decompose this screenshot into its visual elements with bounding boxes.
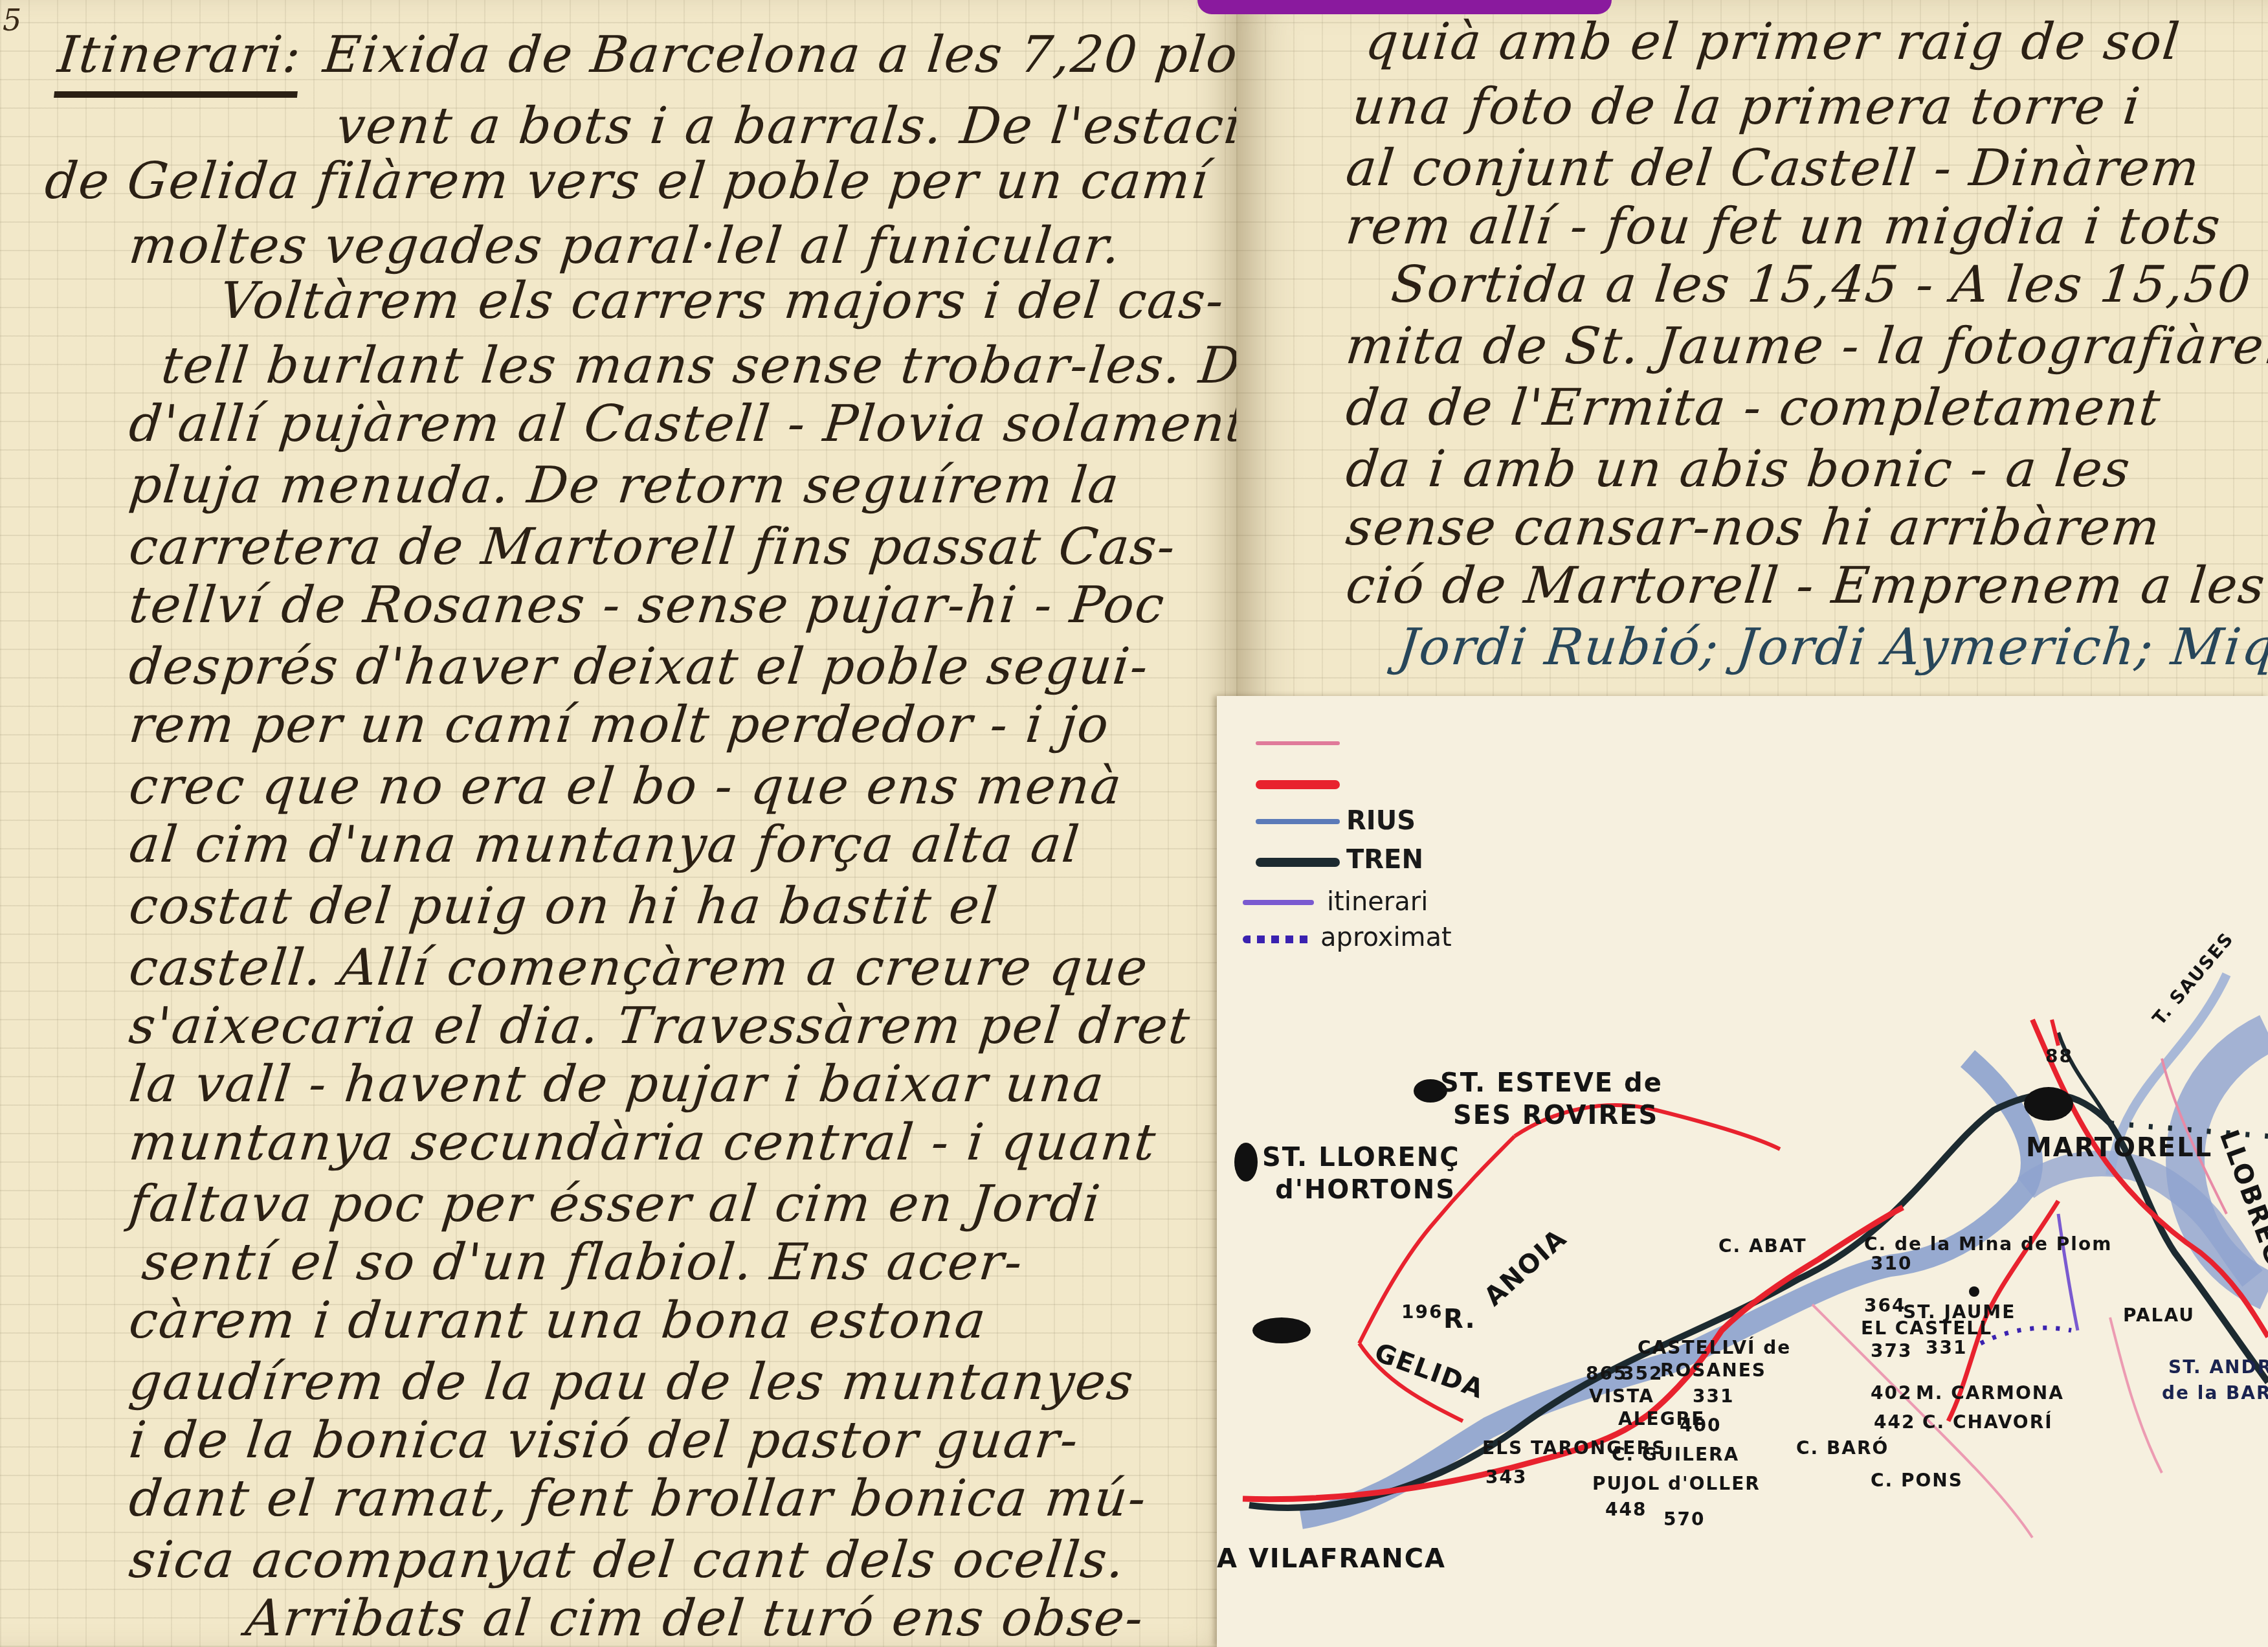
place-label: PALAU: [2123, 1305, 2195, 1326]
text-line: després d'haver deixat el poble segui-: [126, 638, 1151, 696]
text-line: crec que no era el bo - que ens menà: [126, 757, 1125, 816]
text-line: càrem i durant una bona estona: [126, 1292, 989, 1350]
legend-item-rivers: RIUS: [1243, 806, 1515, 845]
text-line: Voltàrem els carrers majors i del cas-: [217, 272, 1227, 330]
place-label: M. CARMONA: [1916, 1382, 2064, 1404]
place-label: ROSANES: [1660, 1360, 1766, 1381]
legend-item-pink-path: [1243, 728, 1515, 767]
text-line: moltes vegades paral·lel al funicular.: [126, 217, 1124, 275]
blue-line-swatch-icon: [1256, 819, 1340, 824]
text-line: rem allí - fou fet un migdia i tots: [1343, 197, 2224, 256]
text-line: da de l'Ermita - completament: [1343, 379, 2164, 437]
place-label: ST. LLORENÇ: [1262, 1143, 1460, 1172]
purple-line-swatch-icon: [1243, 900, 1314, 905]
river-label: R.: [1443, 1305, 1476, 1334]
text-line: al cim d'una muntanya força alta al: [126, 816, 1083, 874]
text-line: vent a bots i a barrals. De l'estació: [333, 97, 1276, 155]
place-label: C. ABAT: [1718, 1235, 1807, 1257]
black-line-swatch-icon: [1256, 858, 1340, 867]
elevation-label: 196: [1401, 1301, 1443, 1323]
legend-label: RIUS: [1346, 806, 1416, 836]
elevation-label: 310: [1871, 1253, 1912, 1274]
left-notebook-page: 5 Itinerari: Eixida de Barcelona a les 7…: [0, 0, 1236, 1647]
text-line: ció de Martorell - Emprenem a les: [1343, 557, 2268, 615]
place-label: C. GUILERA: [1612, 1444, 1739, 1465]
elevation-label: 402: [1871, 1382, 1912, 1404]
place-label: CASTELLVÍ de: [1638, 1337, 1791, 1358]
elevation-label: 400: [1680, 1415, 1721, 1436]
legend-item-approximate: aproximat: [1243, 923, 1515, 961]
text-line: sentí el so d'un flabiol. Ens acer-: [139, 1233, 1026, 1292]
map-legend: RIUS TREN itinerari aproximat: [1243, 722, 1515, 1000]
text-line: carretera de Martorell fins passat Cas-: [126, 518, 1179, 576]
text-line: tell burlant les mans sense trobar-les. …: [159, 337, 1302, 395]
text-line: Arribats al cim del turó ens obse-: [243, 1589, 1147, 1647]
text-line: d'allí pujàrem al Castell - Plovia solam…: [126, 395, 1251, 453]
text-line: costat del puig on hi ha bastit el: [126, 877, 1001, 936]
place-label: EL CASTELL: [1861, 1317, 1992, 1339]
text-line: de Gelida filàrem vers el poble per un c…: [42, 152, 1212, 210]
place-label: VISTA: [1589, 1385, 1654, 1407]
legend-label: TREN: [1346, 845, 1423, 875]
dotted-line-swatch-icon: [1243, 936, 1314, 943]
text-line: Eixida de Barcelona a les 7,20 plo-: [320, 26, 1260, 84]
place-label: de la BARCA: [2162, 1382, 2268, 1404]
place-label: ST. ANDREU: [2168, 1356, 2268, 1378]
text-line: castell. Allí començàrem a creure que: [126, 939, 1151, 997]
text-line: faltava poc per ésser al cim en Jordi: [126, 1175, 1104, 1233]
legend-label: aproximat: [1320, 923, 1452, 952]
legend-item-train: TREN: [1243, 845, 1515, 884]
text-line: gaudírem de la pau de les muntanyes: [126, 1353, 1137, 1411]
elevation-label: 442: [1874, 1411, 1915, 1433]
place-label: d'HORTONS: [1275, 1175, 1456, 1205]
elevation-label: 352: [1621, 1363, 1663, 1384]
text-line: una foto de la primera torre i: [1350, 78, 2144, 136]
text-line: mita de St. Jaume - la fotografiàrem: [1343, 317, 2268, 375]
direction-label: A VILAFRANCA: [1217, 1544, 1446, 1574]
place-label: C. PONS: [1871, 1470, 1963, 1491]
signature-line: Jordi Rubió; Jordi Aymerich; Miquel: [1395, 618, 2268, 677]
text-line: Sortida a les 15,45 - A les 15,50: [1388, 256, 2254, 314]
text-line: tellví de Rosanes - sense pujar-hi - Poc: [126, 576, 1168, 634]
text-line: al conjunt del Castell - Dinàrem: [1343, 139, 2203, 197]
elevation-label: 331: [1693, 1385, 1734, 1407]
red-line-swatch-icon: [1256, 780, 1340, 789]
elevation-label: 88: [2045, 1046, 2073, 1067]
text-line: la vall - havent de pujar i baixar una: [126, 1055, 1107, 1114]
place-label: SES ROVIRES: [1453, 1101, 1658, 1130]
bookmark-ribbon: [1197, 0, 1612, 14]
legend-label: itinerari: [1327, 887, 1428, 917]
text-line: sica acompanyat del cant dels ocells.: [126, 1531, 1128, 1589]
text-line: s'aixecaria el dia. Travessàrem pel dret: [126, 997, 1193, 1055]
page-number: 5: [3, 3, 21, 38]
elevation-label: 343: [1485, 1466, 1527, 1488]
elevation-label: 570: [1663, 1508, 1705, 1530]
place-label: PUJOL d'OLLER: [1592, 1473, 1761, 1494]
text-line: da i amb un abis bonic - a les: [1343, 440, 2133, 499]
text-line: sense cansar-nos hi arribàrem: [1343, 499, 2163, 557]
text-line: muntanya secundària central - i quant: [126, 1114, 1159, 1172]
pink-line-swatch-icon: [1256, 741, 1340, 745]
place-label: C. BARÓ: [1796, 1437, 1889, 1459]
elevation-label: 448: [1605, 1499, 1647, 1520]
elevation-label: 373: [1871, 1340, 1912, 1361]
legend-item-itinerary: itinerari: [1243, 887, 1515, 926]
hand-drawn-route-map: RIUS TREN itinerari aproximat ST. ESTEVE…: [1217, 696, 2268, 1647]
text-line: i de la bonica visió del pastor guar-: [126, 1411, 1082, 1470]
place-label: MARTORELL: [2026, 1133, 2212, 1163]
itinerary-heading: Itinerari:: [55, 26, 304, 84]
text-line: pluja menuda. De retorn seguírem la: [126, 456, 1122, 515]
place-label: C. CHAVORÍ: [1922, 1411, 2053, 1433]
elevation-label: 331: [1926, 1337, 1967, 1358]
elevation-label: 865: [1586, 1363, 1627, 1384]
place-label: C. de la Mina de Plom: [1864, 1233, 2112, 1255]
place-label: ST. ESTEVE de: [1440, 1068, 1663, 1098]
legend-item-red-road: [1243, 767, 1515, 806]
elevation-label: 364: [1864, 1295, 1906, 1316]
text-line: dant el ramat, fent brollar bonica mú-: [126, 1470, 1150, 1528]
text-line: quià amb el primer raig de sol: [1362, 13, 2183, 71]
text-line: rem per un camí molt perdedor - i jo: [126, 696, 1112, 754]
